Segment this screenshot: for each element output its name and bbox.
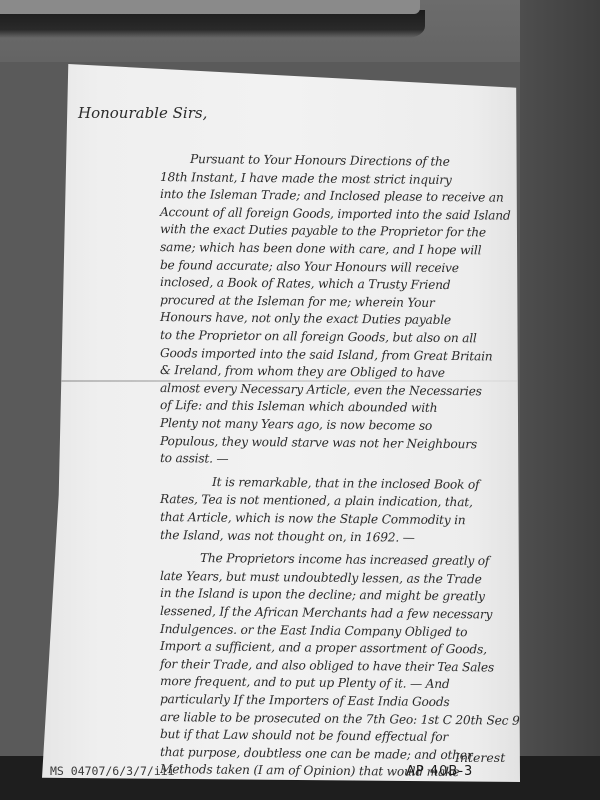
call-number: AP 40B-3 bbox=[406, 764, 473, 779]
archive-reference: MS 04707/6/3/7/iii bbox=[50, 764, 175, 778]
letter-body-continued bbox=[0, 0, 600, 800]
